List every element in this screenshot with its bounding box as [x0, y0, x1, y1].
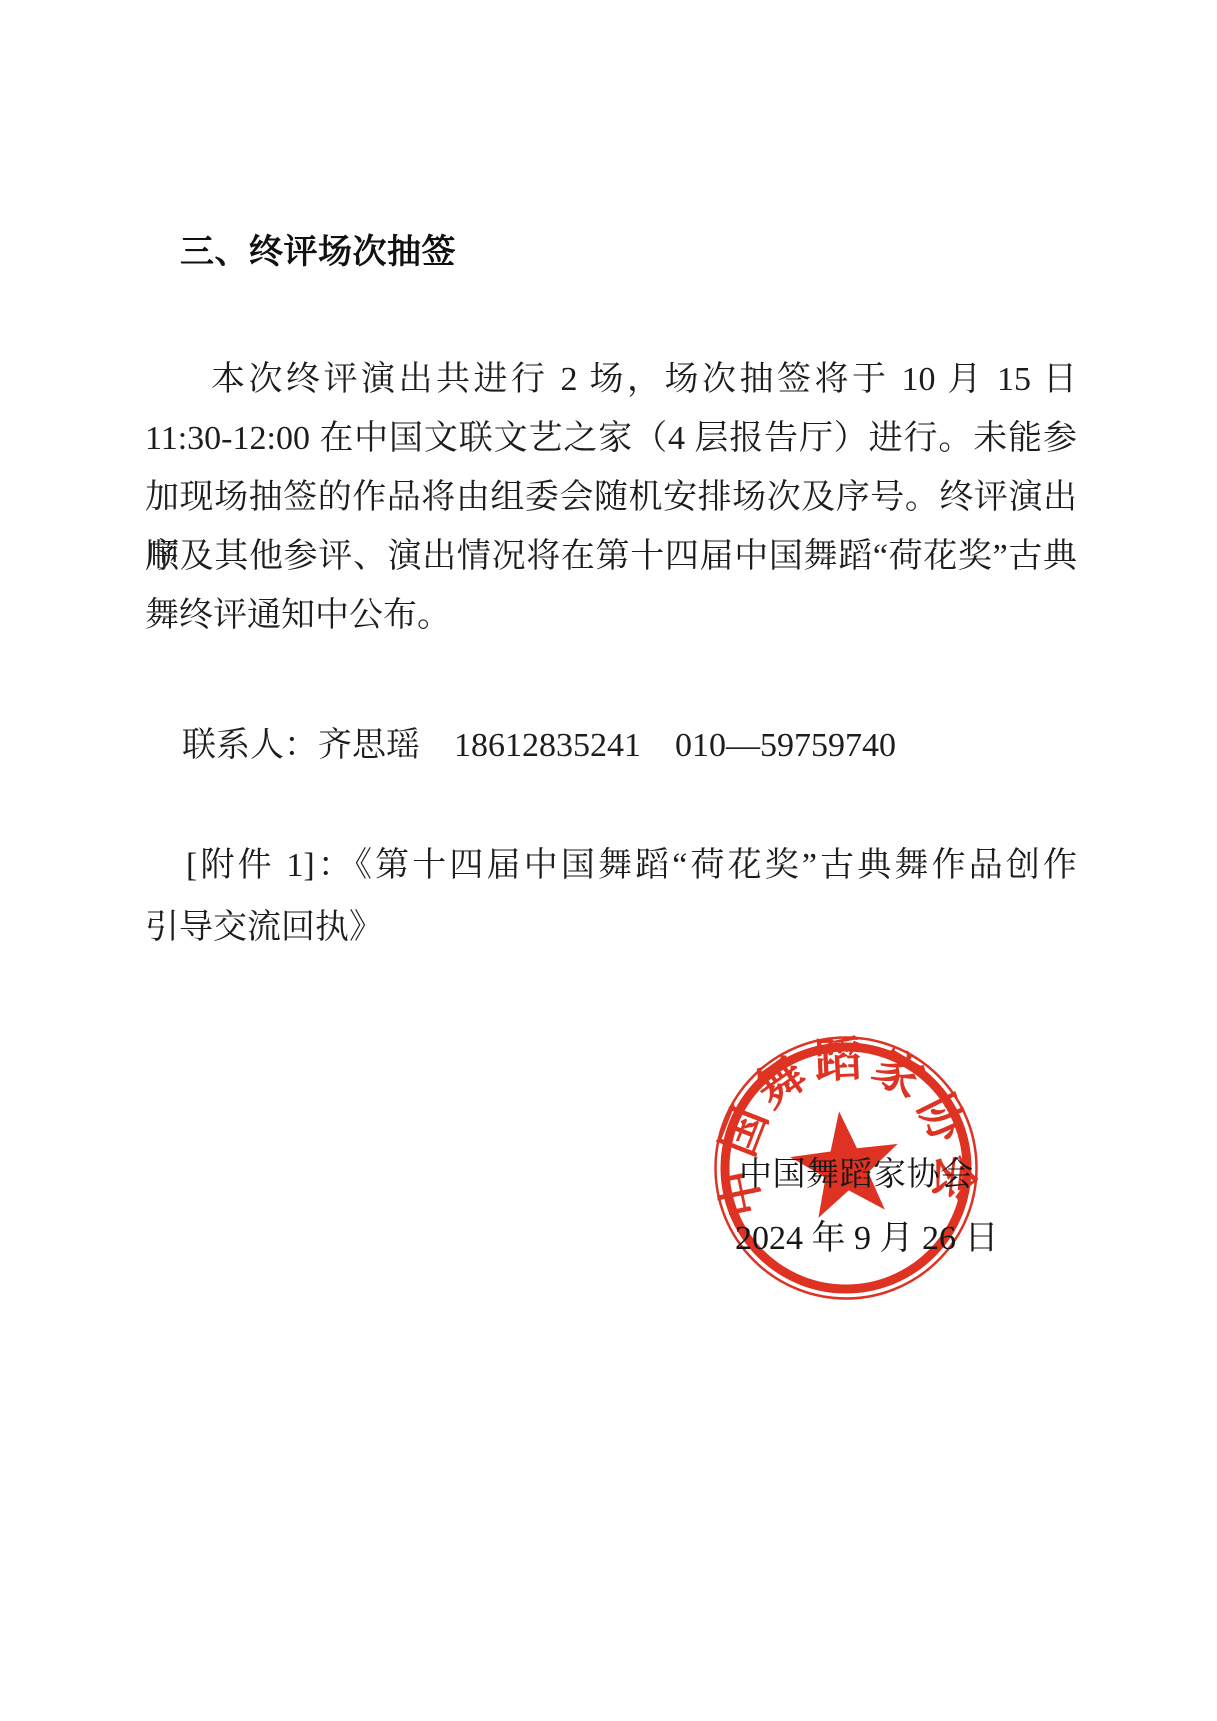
signature-date: 2024 年 9 月 26 日: [735, 1210, 999, 1259]
signature-organization: 中国舞蹈家协会: [739, 1148, 974, 1195]
paragraph-line: 序及其他参评、演出情况将在第十四届中国舞蹈“荷花奖”古典: [145, 527, 1077, 586]
document-page: 三、终评场次抽签 本次终评演出共进行 2 场，场次抽签将于 10 月 15 日 …: [0, 0, 1217, 1721]
body-paragraph: 本次终评演出共进行 2 场，场次抽签将于 10 月 15 日 11:30-12:…: [145, 350, 1077, 645]
attachment-line: [附件 1]：《第十四届中国舞蹈“荷花奖”古典舞作品创作: [186, 836, 1077, 895]
paragraph-line: 加现场抽签的作品将由组委会随机安排场次及序号。终评演出顺: [145, 468, 1077, 527]
paragraph-line: 舞终评通知中公布。: [145, 586, 1077, 645]
attachment-line: 引导交流回执》: [145, 898, 383, 957]
seal-content: 中国舞蹈家协会: [696, 1018, 987, 1241]
paragraph-line: 本次终评演出共进行 2 场，场次抽签将于 10 月 15 日: [145, 350, 1077, 409]
paragraph-line: 11:30-12:00 在中国文联文艺之家（4 层报告厅）进行。未能参: [145, 409, 1077, 468]
section-heading: 三、终评场次抽签: [180, 224, 456, 273]
contact-line: 联系人：齐思瑶 18612835241 010—59759740: [182, 716, 896, 775]
